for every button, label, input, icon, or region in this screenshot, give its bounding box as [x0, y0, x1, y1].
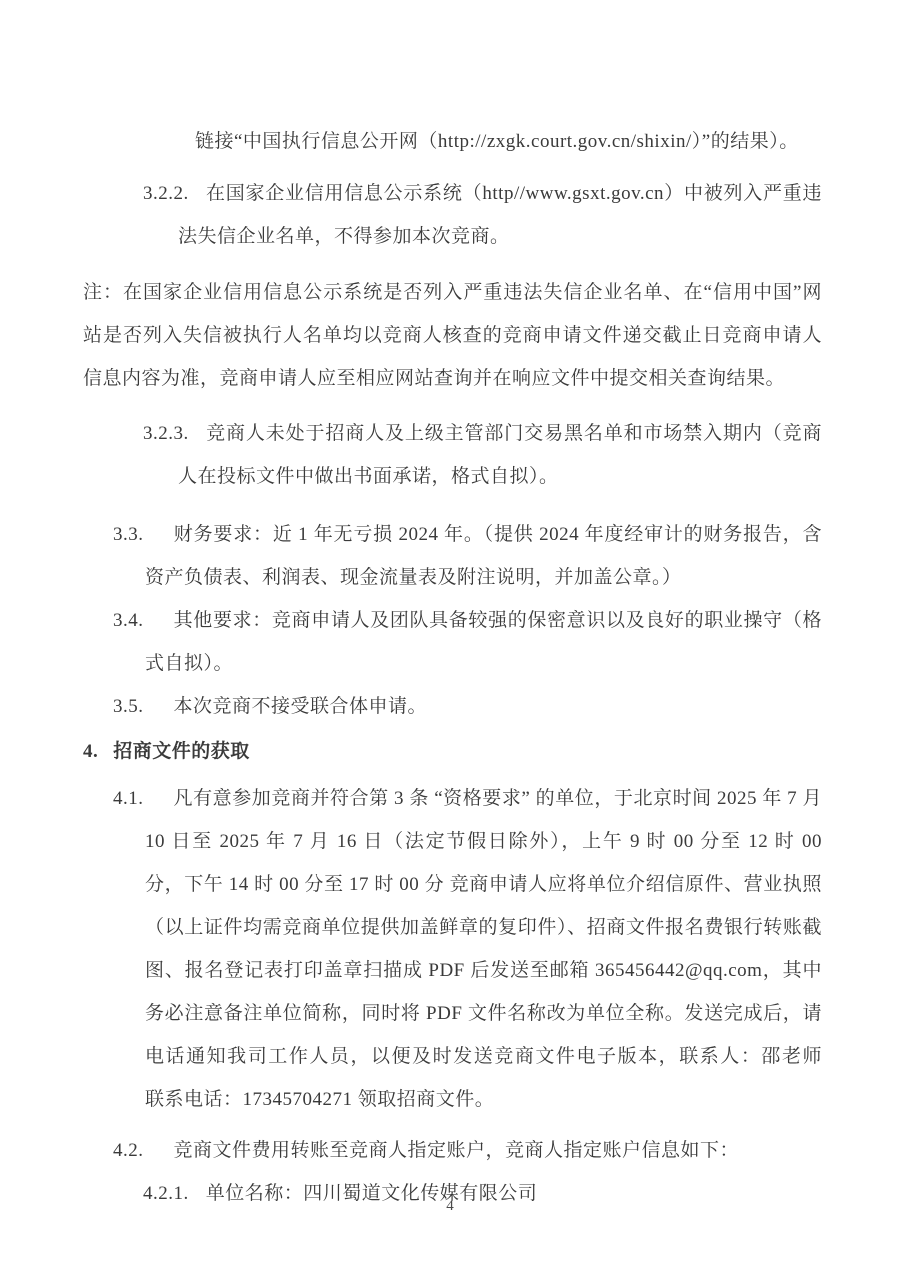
paragraph-note: 注：在国家企业信用信息公示系统是否列入严重违法失信企业名单、在“信用中国”网站是…	[83, 271, 822, 400]
clause-number: 3.4.	[113, 610, 144, 631]
clause-number: 4.1.	[113, 788, 144, 809]
paragraph-clause-3-5: 3.5.本次竞商不接受联合体申请。	[83, 685, 822, 728]
clause-text: 竞商文件费用转账至竞商人指定账户，竞商人指定账户信息如下：	[174, 1140, 740, 1161]
page-number-value: 4	[446, 1198, 454, 1214]
clause-number: 3.3.	[113, 524, 144, 545]
page-number: 4	[0, 1196, 900, 1216]
clause-number: 3.2.2.	[143, 183, 189, 204]
paragraph-clause-4-2: 4.2.竞商文件费用转账至竞商人指定账户，竞商人指定账户信息如下：	[83, 1129, 822, 1172]
paragraph-link-result-line: 链接“中国执行信息公开网（http://zxgk.court.gov.cn/sh…	[83, 120, 822, 163]
clause-text: 其他要求：竞商申请人及团队具备较强的保密意识以及良好的职业操守（格式自拟）。	[145, 610, 822, 674]
clause-text: 在国家企业信用信息公示系统（http//www.gsxt.gov.cn）中被列入…	[178, 183, 822, 247]
clause-number: 4.2.	[113, 1140, 144, 1161]
note-text: 注：在国家企业信用信息公示系统是否列入严重违法失信企业名单、在“信用中国”网站是…	[83, 282, 822, 389]
clause-text: 竞商人未处于招商人及上级主管部门交易黑名单和市场禁入期内（竞商人在投标文件中做出…	[178, 423, 822, 487]
clause-number: 3.2.3.	[143, 423, 189, 444]
paragraph-clause-3-2-2: 3.2.2.在国家企业信用信息公示系统（http//www.gsxt.gov.c…	[83, 172, 822, 258]
clause-number: 3.5.	[113, 696, 144, 717]
paragraph-clause-3-2-3: 3.2.3.竞商人未处于招商人及上级主管部门交易黑名单和市场禁入期内（竞商人在投…	[83, 412, 822, 498]
clause-text: 链接“中国执行信息公开网（http://zxgk.court.gov.cn/sh…	[195, 131, 799, 152]
paragraph-clause-4-1: 4.1.凡有意参加竞商并符合第 3 条 “资格要求” 的单位，于北京时间 202…	[83, 777, 822, 1121]
section-number: 4.	[83, 741, 98, 762]
paragraph-clause-3-4: 3.4.其他要求：竞商申请人及团队具备较强的保密意识以及良好的职业操守（格式自拟…	[83, 599, 822, 685]
section-title: 招商文件的获取	[113, 741, 250, 762]
paragraph-clause-3-3: 3.3.财务要求：近 1 年无亏损 2024 年。（提供 2024 年度经审计的…	[83, 513, 822, 599]
section-heading-4: 4.招商文件的获取	[83, 730, 822, 773]
document-page: 链接“中国执行信息公开网（http://zxgk.court.gov.cn/sh…	[0, 0, 900, 1273]
clause-text: 凡有意参加竞商并符合第 3 条 “资格要求” 的单位，于北京时间 2025 年 …	[145, 788, 842, 1110]
clause-text: 本次竞商不接受联合体申请。	[174, 696, 428, 717]
clause-text: 财务要求：近 1 年无亏损 2024 年。（提供 2024 年度经审计的财务报告…	[145, 524, 822, 588]
document-body: 链接“中国执行信息公开网（http://zxgk.court.gov.cn/sh…	[0, 0, 900, 1215]
